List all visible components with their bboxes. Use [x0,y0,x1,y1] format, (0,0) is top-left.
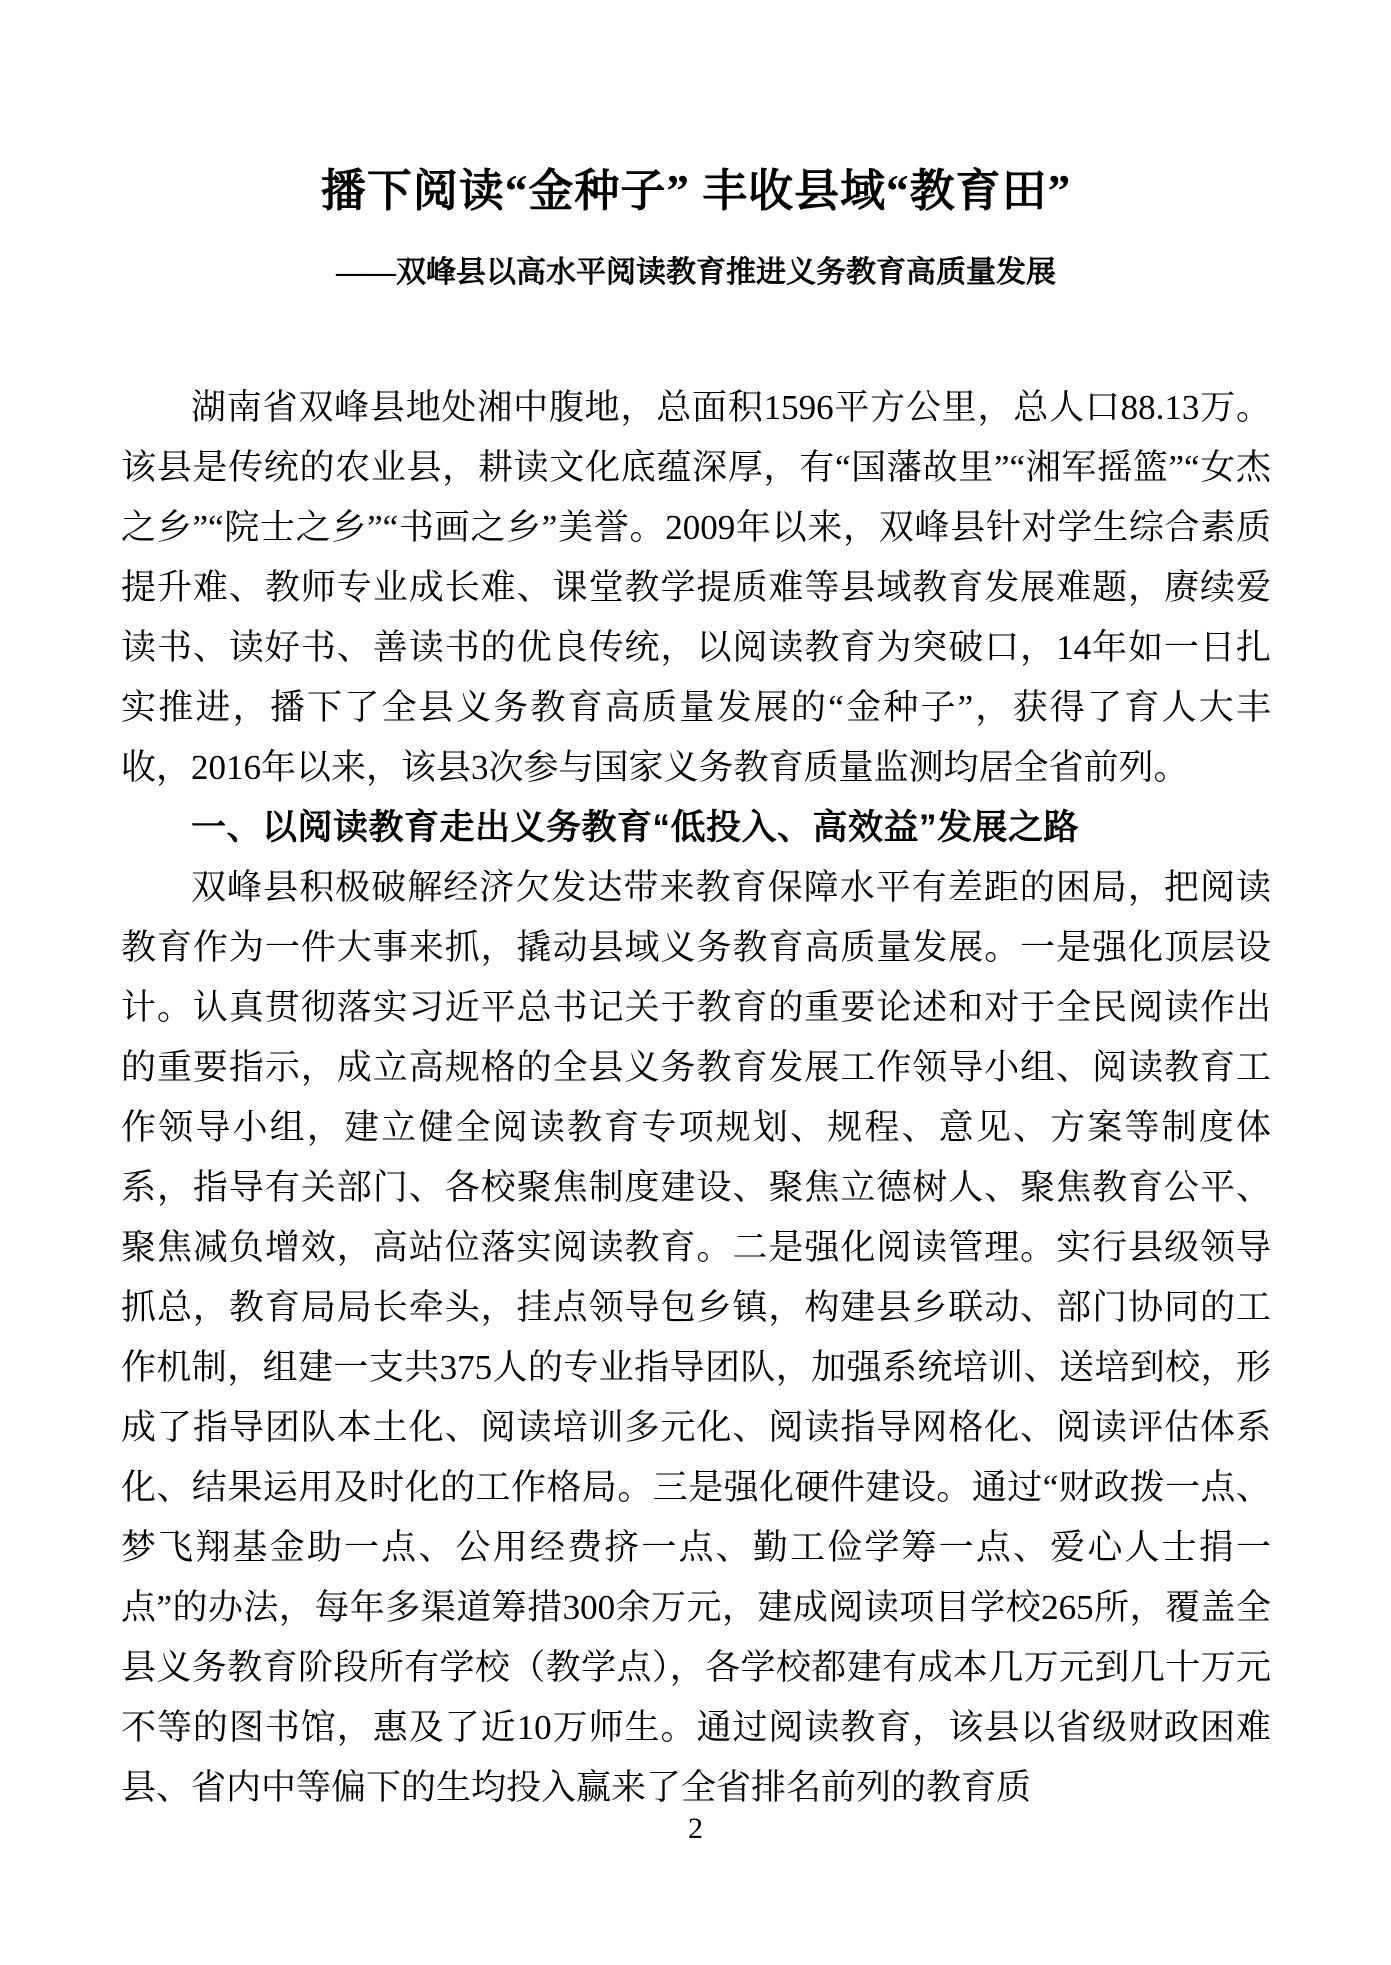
section-heading-1: 一、以阅读教育走出义务教育“低投入、高效益”发展之路 [121,798,1271,858]
document-page: 播下阅读“金种子” 丰收县域“教育田” ——双峰县以高水平阅读教育推进义务教育高… [0,0,1391,1965]
paragraph-intro: 湖南省双峰县地处湘中腹地，总面积1596平方公里，总人口88.13万。该县是传统… [121,378,1271,798]
document-title: 播下阅读“金种子” 丰收县域“教育田” [121,150,1271,232]
paragraph-section-1-body: 双峰县积极破解经济欠发达带来教育保障水平有差距的困局，把阅读教育作为一件大事来抓… [121,858,1271,1818]
page-number: 2 [0,1811,1391,1847]
document-subtitle: ——双峰县以高水平阅读教育推进义务教育高质量发展 [121,246,1271,300]
document-content: 播下阅读“金种子” 丰收县域“教育田” ——双峰县以高水平阅读教育推进义务教育高… [121,150,1271,1818]
